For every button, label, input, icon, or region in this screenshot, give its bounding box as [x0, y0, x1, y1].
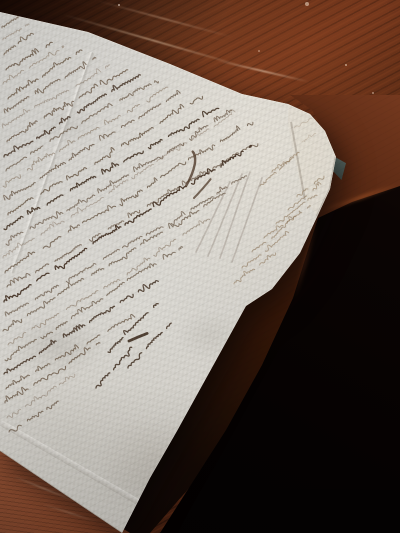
- photo-of-manuscript-on-table: [0, 0, 400, 533]
- photo-vignette: [0, 0, 400, 533]
